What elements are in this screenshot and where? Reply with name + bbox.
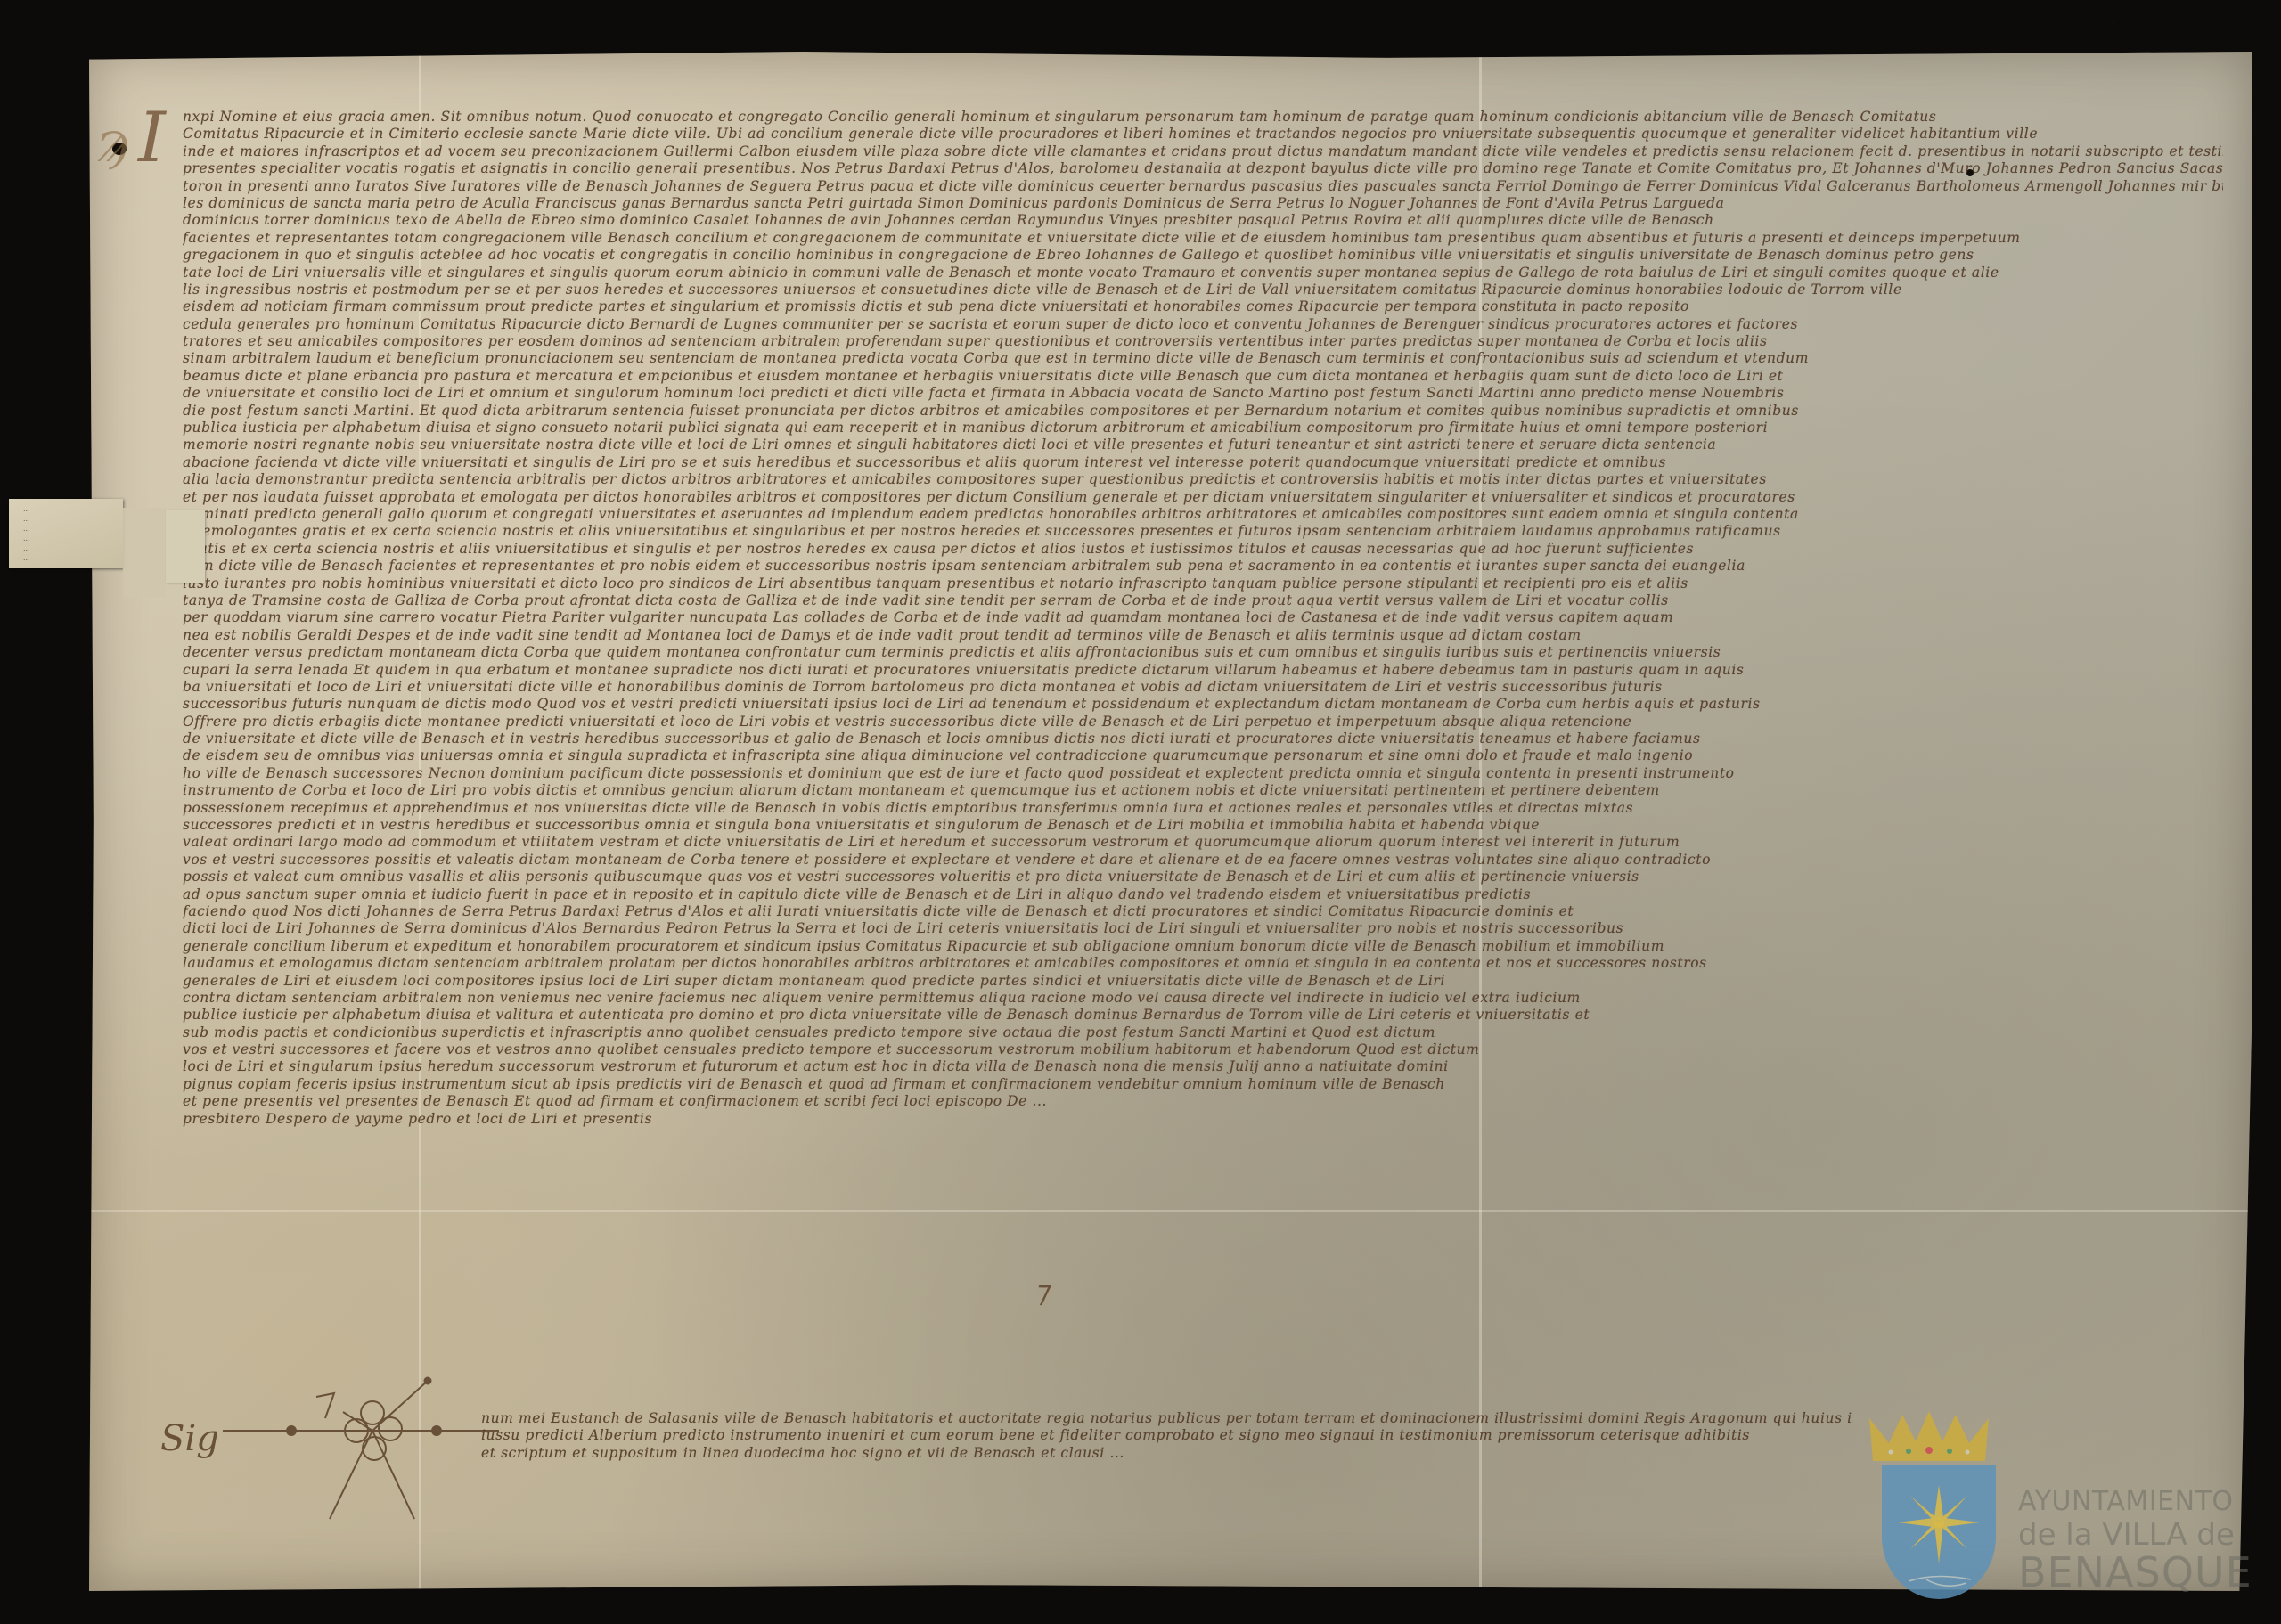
notary-subscription: num mei Eustanch de Salasanis ville de B…: [481, 1410, 1853, 1462]
manuscript-line: de vniuersitate et dicte ville de Benasc…: [183, 730, 2223, 747]
manuscript-line: dominicus torrer dominicus texo de Abell…: [183, 212, 2223, 229]
manuscript-line: iusto iurantes pro nobis hominibus vniue…: [183, 575, 2223, 592]
manuscript-line: inde et maiores infrascriptos et ad voce…: [183, 143, 2223, 160]
manuscript-line: per quoddam viarum sine carrero vocatur …: [183, 609, 2223, 626]
manuscript-line: die post festum sancti Martini. Et quod …: [183, 403, 2223, 420]
manuscript-line: num mei Eustanch de Salasanis ville de B…: [481, 1410, 1853, 1427]
manuscript-line: ba vniuersitati et loco de Liri et vniue…: [183, 679, 2223, 696]
manuscript-line: de vniuersitate et consilio loci de Liri…: [183, 385, 2223, 402]
manuscript-line: publice iusticie per alphabetum diuisa e…: [183, 1007, 2223, 1024]
manuscript-line: vos et vestri successores possitis et va…: [183, 852, 2223, 869]
manuscript-line: memorie nostri regnante nobis seu vniuer…: [183, 437, 2223, 453]
manuscript-line: presbitero Despero de yayme pedro et loc…: [183, 1111, 2223, 1128]
notary-star-flower-icon: [143, 1372, 517, 1523]
manuscript-line: les dominicus de sancta maria petro de A…: [183, 195, 2223, 212]
manuscript-line: et scriptum et suppositum in linea duode…: [481, 1445, 1853, 1462]
manuscript-line: lis ingressibus nostris et postmodum per…: [183, 282, 2223, 298]
manuscript-line: ho ville de Benasch successores Necnon d…: [183, 765, 2223, 782]
manuscript-line: possis et valeat cum omnibus vasallis et…: [183, 869, 2223, 885]
initial-letter: I: [138, 98, 166, 178]
manuscript-line: sinam arbitralem laudum et beneficium pr…: [183, 350, 2223, 367]
manuscript-line: instrumento de Corba et loco de Liri pro…: [183, 782, 2223, 799]
manuscript-line: facientes et representantes totam congre…: [183, 230, 2223, 247]
manuscript-line: abacione facienda vt dicte ville vniuers…: [183, 454, 2223, 471]
manuscript-line: presentes specialiter vocatis rogatis et…: [183, 160, 2223, 177]
manuscript-line: tate loci de Liri vniuersalis ville et s…: [183, 265, 2223, 282]
manuscript-line: nxpi Nomine et eius gracia amen. Sit omn…: [183, 109, 2223, 126]
manuscript-line: beamus dicte et plane erbancia pro pastu…: [183, 368, 2223, 385]
parchment-speck: [2112, 22, 2114, 25]
manuscript-line: nea est nobilis Geraldi Despes et de ind…: [183, 627, 2223, 644]
manuscript-line: successores predicti et in vestris hered…: [183, 817, 2223, 834]
manuscript-line: tanya de Tramsine costa de Galliza de Co…: [183, 592, 2223, 609]
manuscript-line: toron in presenti anno Iuratos Sive Iura…: [183, 178, 2223, 195]
manuscript-line: nominati predicto generali galio quorum …: [183, 506, 2223, 523]
manuscript-line: eisdem ad noticiam firmam commissum prou…: [183, 298, 2223, 315]
manuscript-line: decenter versus predictam montaneam dict…: [183, 644, 2223, 661]
manuscript-line: alia lacia demonstrantur predicta senten…: [183, 471, 2223, 488]
manuscript-line: pignus copiam feceris ipsius instrumentu…: [183, 1076, 2223, 1093]
margin-flourish-mark: Ϡ: [96, 123, 128, 171]
closing-flourish: ⁊: [1034, 1274, 1049, 1310]
manuscript-line: vos et vestri successores et facere vos …: [183, 1041, 2223, 1058]
manuscript-line: possessionem recepimus et apprehendimus …: [183, 800, 2223, 817]
manuscript-line: sub modis pactis et condicionibus superd…: [183, 1024, 2223, 1041]
manuscript-line: cupari la serra lenada Et quidem in qua …: [183, 662, 2223, 679]
manuscript-line: dicti loci de Liri Johannes de Serra dom…: [183, 920, 2223, 937]
manuscript-line: iussu predicti Alberium predicto instrum…: [481, 1427, 1853, 1444]
charter-main-text: nxpi Nomine et eius gracia amen. Sit omn…: [183, 109, 2223, 1128]
manuscript-line: tratores et seu amicabiles compositores …: [183, 333, 2223, 350]
notarial-signum: Sig: [143, 1372, 517, 1523]
attached-parchment-tag: ... ... ... ... ... ...: [9, 499, 123, 568]
manuscript-line: laudamus et emologamus dictam sentenciam…: [183, 955, 2223, 972]
manuscript-line: gregacionem in quo et singulis acteblee …: [183, 247, 2223, 264]
tag-strip: [166, 510, 205, 583]
manuscript-line: faciendo quod Nos dicti Johannes de Serr…: [183, 903, 2223, 920]
manuscript-line: contra dictam sentenciam arbitralem non …: [183, 990, 2223, 1007]
manuscript-line: et per nos laudata fuisset approbata et …: [183, 489, 2223, 506]
tag-text: ... ... ... ... ... ...: [23, 504, 59, 563]
manuscript-line: successoribus futuris nunquam de dictis …: [183, 696, 2223, 713]
tag-strip: [123, 508, 166, 597]
manuscript-line: cedula generales pro hominum Comitatus R…: [183, 316, 2223, 333]
manuscript-line: Comitatus Ripacurcie et in Cimiterio ecc…: [183, 126, 2223, 143]
manuscript-line: et emologantes gratis et ex certa scienc…: [183, 523, 2223, 540]
manuscript-line: gratis et ex certa sciencia nostris et a…: [183, 541, 2223, 558]
manuscript-line: generale concilium liberum et expeditum …: [183, 938, 2223, 955]
manuscript-line: Offrere pro dictis erbagiis dicte montan…: [183, 714, 2223, 730]
manuscript-line: cum dicte ville de Benasch facientes et …: [183, 558, 2223, 575]
manuscript-line: de eisdem seu de omnibus vias uniuersas …: [183, 747, 2223, 764]
manuscript-line: ad opus sanctum super omnia et iudicio f…: [183, 886, 2223, 903]
manuscript-line: et pene presentis vel presentes de Benas…: [183, 1093, 2223, 1110]
manuscript-line: generales de Liri et eiusdem loci compos…: [183, 973, 2223, 990]
fold-crease-horizontal: [89, 1210, 2252, 1212]
manuscript-line: valeat ordinari largo modo ad commodum e…: [183, 834, 2223, 851]
manuscript-line: publica iusticia per alphabetum diuisa e…: [183, 420, 2223, 437]
manuscript-line: loci de Liri et singularum ipsius heredu…: [183, 1058, 2223, 1075]
